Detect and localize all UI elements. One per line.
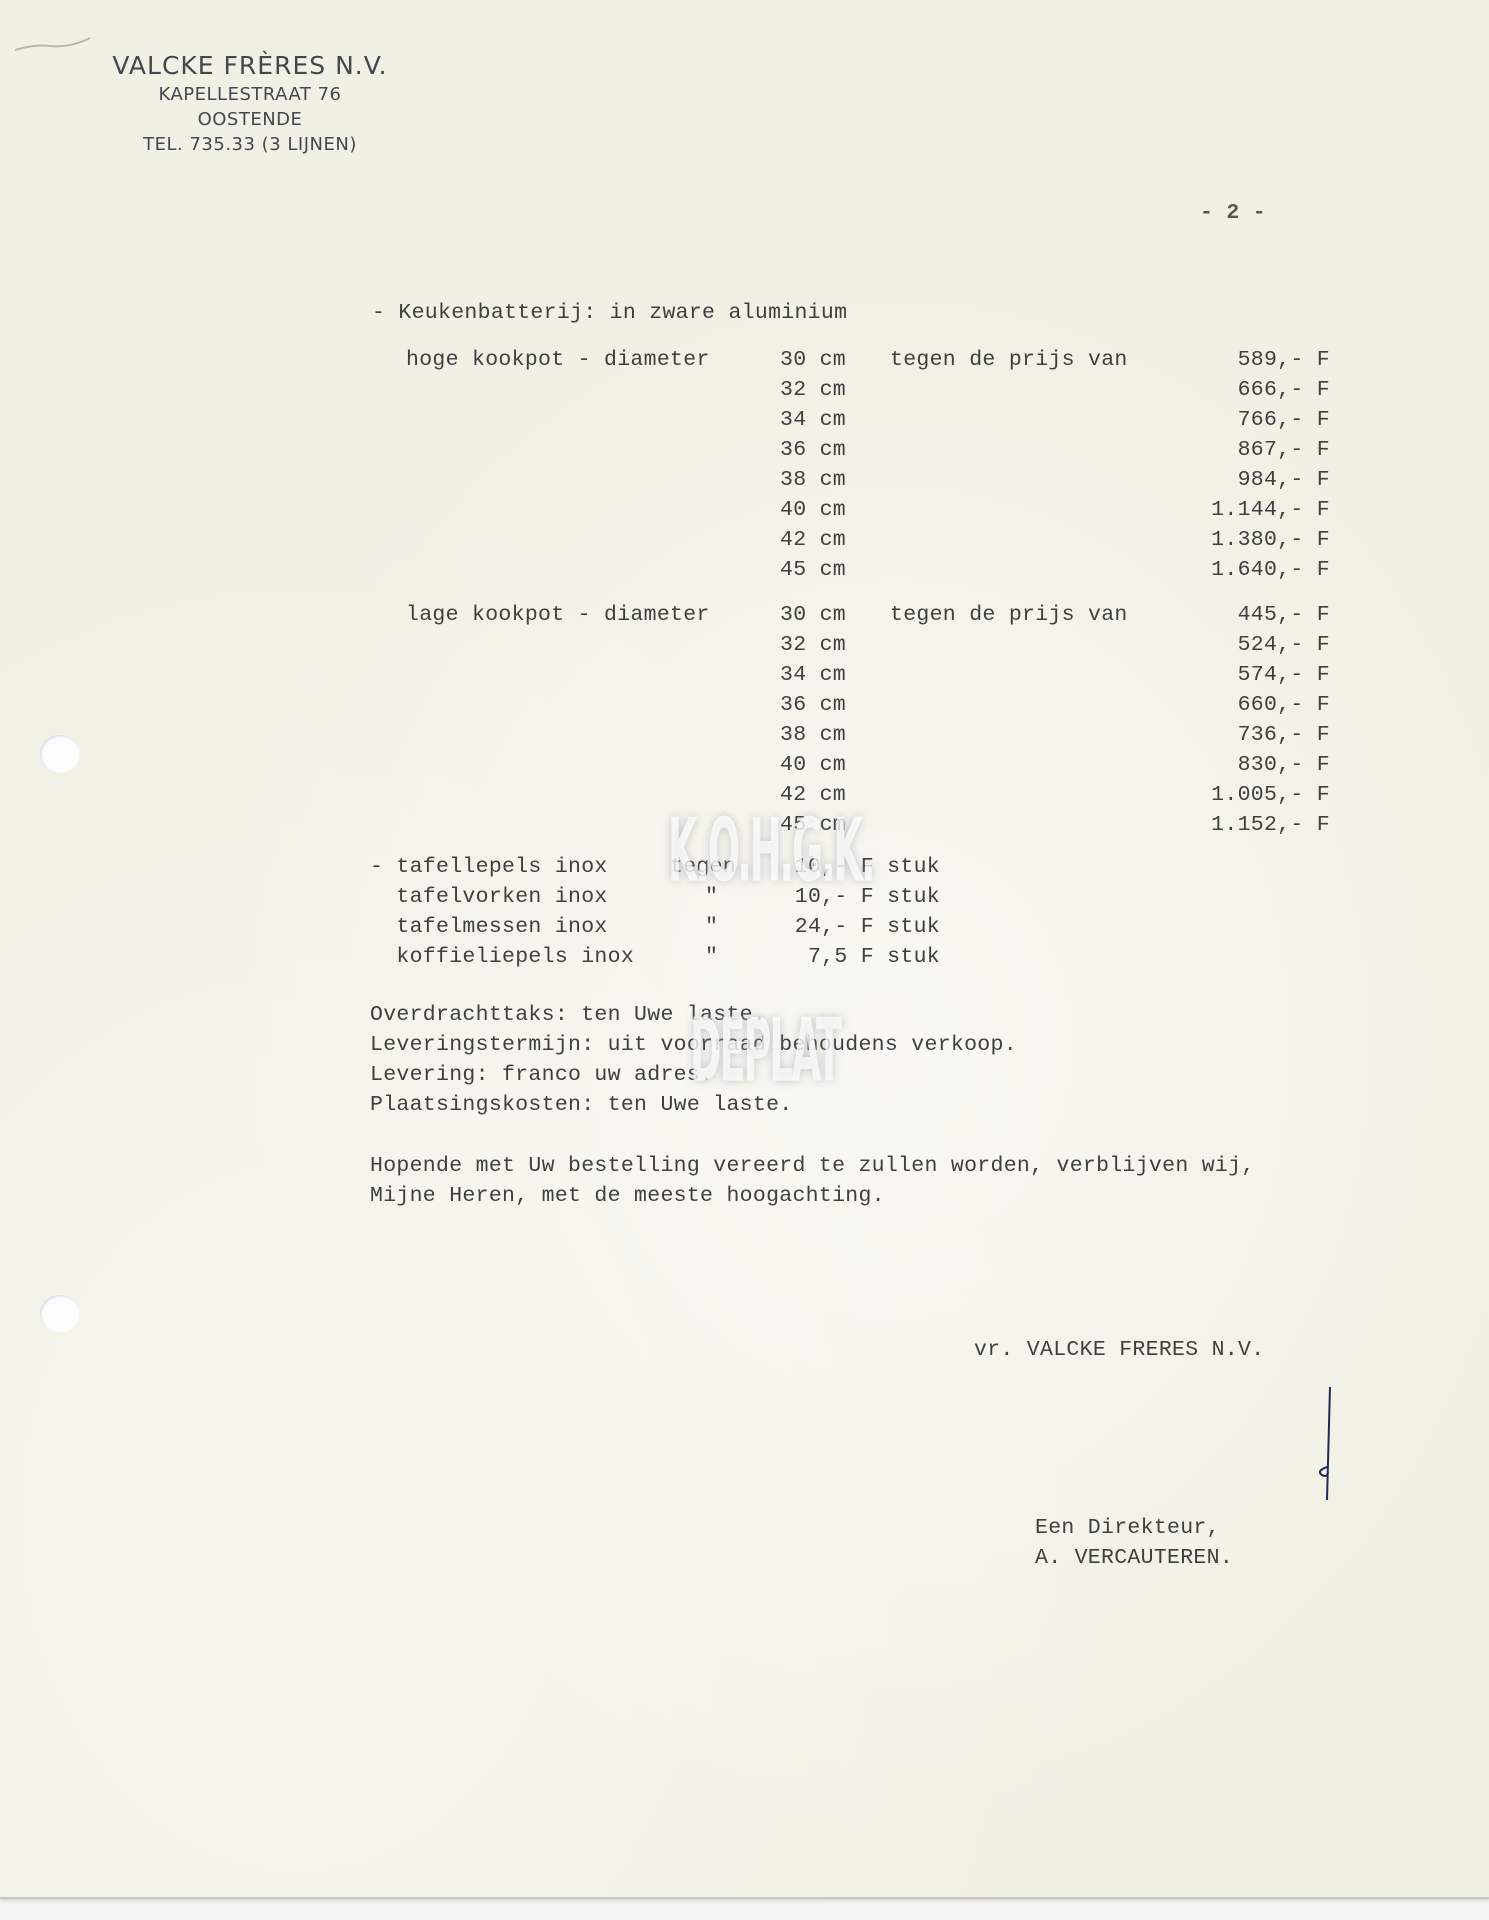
section-intro: - Keukenbatterij: in zware aluminium xyxy=(372,298,847,328)
item-name: koffieliepels inox xyxy=(370,942,634,972)
paper-crease-mark xyxy=(15,30,105,60)
diameter: 42 cm xyxy=(780,525,846,555)
punch-hole xyxy=(40,1295,80,1333)
diameter: 36 cm xyxy=(780,690,846,720)
price: 1.152,- F xyxy=(1070,810,1330,840)
table-row: 34 cm766,- F xyxy=(370,405,1330,435)
closing-line: Mijne Heren, met de meeste hoogachting. xyxy=(370,1181,885,1211)
signatory-name: A. VERCAUTEREN. xyxy=(1035,1543,1233,1573)
letterhead: VALCKE FRÈRES N.V. KAPELLESTRAAT 76 OOST… xyxy=(100,50,400,157)
item-name: tafelvorken inox xyxy=(370,882,608,912)
diameter: 32 cm xyxy=(780,630,846,660)
table-row: 32 cm666,- F xyxy=(370,375,1330,405)
price: 574,- F xyxy=(1070,660,1330,690)
table-row: 45 cm1.640,- F xyxy=(370,555,1330,585)
item-name: tafelmessen inox xyxy=(370,912,608,942)
diameter: 30 cm xyxy=(780,600,846,630)
price: 660,- F xyxy=(1070,690,1330,720)
table-row: lage kookpot - diametertegen de prijs va… xyxy=(370,600,1330,630)
item-price: 24,- F stuk xyxy=(710,912,940,942)
sender-line: vr. VALCKE FRERES N.V. xyxy=(974,1335,1264,1365)
diameter: 40 cm xyxy=(780,750,846,780)
price: 1.005,- F xyxy=(1070,780,1330,810)
diameter: 38 cm xyxy=(780,465,846,495)
table-row: tafelmessen inox"24,- F stuk xyxy=(370,912,1330,942)
table-row: 36 cm867,- F xyxy=(370,435,1330,465)
price: 666,- F xyxy=(1070,375,1330,405)
price: 1.144,- F xyxy=(1070,495,1330,525)
diameter: 30 cm xyxy=(780,345,846,375)
company-phone: TEL. 735.33 (3 LIJNEN) xyxy=(100,132,400,157)
term-line: Levering: franco uw adres. xyxy=(370,1060,713,1090)
price: 1.640,- F xyxy=(1070,555,1330,585)
table-row: 34 cm574,- F xyxy=(370,660,1330,690)
table-row: koffieliepels inox"7,5 F stuk xyxy=(370,942,1330,972)
hoge-kookpot-price-list: hoge kookpot - diametertegen de prijs va… xyxy=(370,345,1330,585)
diameter: 38 cm xyxy=(780,720,846,750)
table-row: 40 cm1.144,- F xyxy=(370,495,1330,525)
closing-line: Hopende met Uw bestelling vereerd te zul… xyxy=(370,1151,1255,1181)
company-city: OOSTENDE xyxy=(100,107,400,132)
diameter: 34 cm xyxy=(780,405,846,435)
letter-page: VALCKE FRÈRES N.V. KAPELLESTRAAT 76 OOST… xyxy=(0,0,1489,1899)
company-street: KAPELLESTRAAT 76 xyxy=(100,82,400,107)
diameter: 40 cm xyxy=(780,495,846,525)
price: 589,- F xyxy=(1070,345,1330,375)
price: 736,- F xyxy=(1070,720,1330,750)
price: 867,- F xyxy=(1070,435,1330,465)
price: 830,- F xyxy=(1070,750,1330,780)
signatory-title: Een Direkteur, xyxy=(1035,1513,1220,1543)
table-row: hoge kookpot - diametertegen de prijs va… xyxy=(370,345,1330,375)
company-name: VALCKE FRÈRES N.V. xyxy=(100,50,400,82)
item-label: lage kookpot - diameter xyxy=(406,600,710,630)
signature-mark xyxy=(1310,1385,1350,1510)
price: 984,- F xyxy=(1070,465,1330,495)
item-name: - tafellepels inox xyxy=(370,852,608,882)
diameter: 45 cm xyxy=(780,555,846,585)
table-row: 40 cm830,- F xyxy=(370,750,1330,780)
punch-hole xyxy=(40,735,80,773)
table-row: 38 cm736,- F xyxy=(370,720,1330,750)
price: 445,- F xyxy=(1070,600,1330,630)
price: 1.380,- F xyxy=(1070,525,1330,555)
table-row: 42 cm1.380,- F xyxy=(370,525,1330,555)
page-number: - 2 - xyxy=(1200,198,1266,228)
item-label: hoge kookpot - diameter xyxy=(406,345,710,375)
price: 766,- F xyxy=(1070,405,1330,435)
watermark-text: DEPLAT xyxy=(690,1000,840,1101)
diameter: 36 cm xyxy=(780,435,846,465)
watermark-text: K.O.H.G.K. xyxy=(668,800,874,901)
table-row: 36 cm660,- F xyxy=(370,690,1330,720)
table-row: 38 cm984,- F xyxy=(370,465,1330,495)
diameter: 34 cm xyxy=(780,660,846,690)
diameter: 32 cm xyxy=(780,375,846,405)
table-row: 32 cm524,- F xyxy=(370,630,1330,660)
price: 524,- F xyxy=(1070,630,1330,660)
item-price: 7,5 F stuk xyxy=(710,942,940,972)
